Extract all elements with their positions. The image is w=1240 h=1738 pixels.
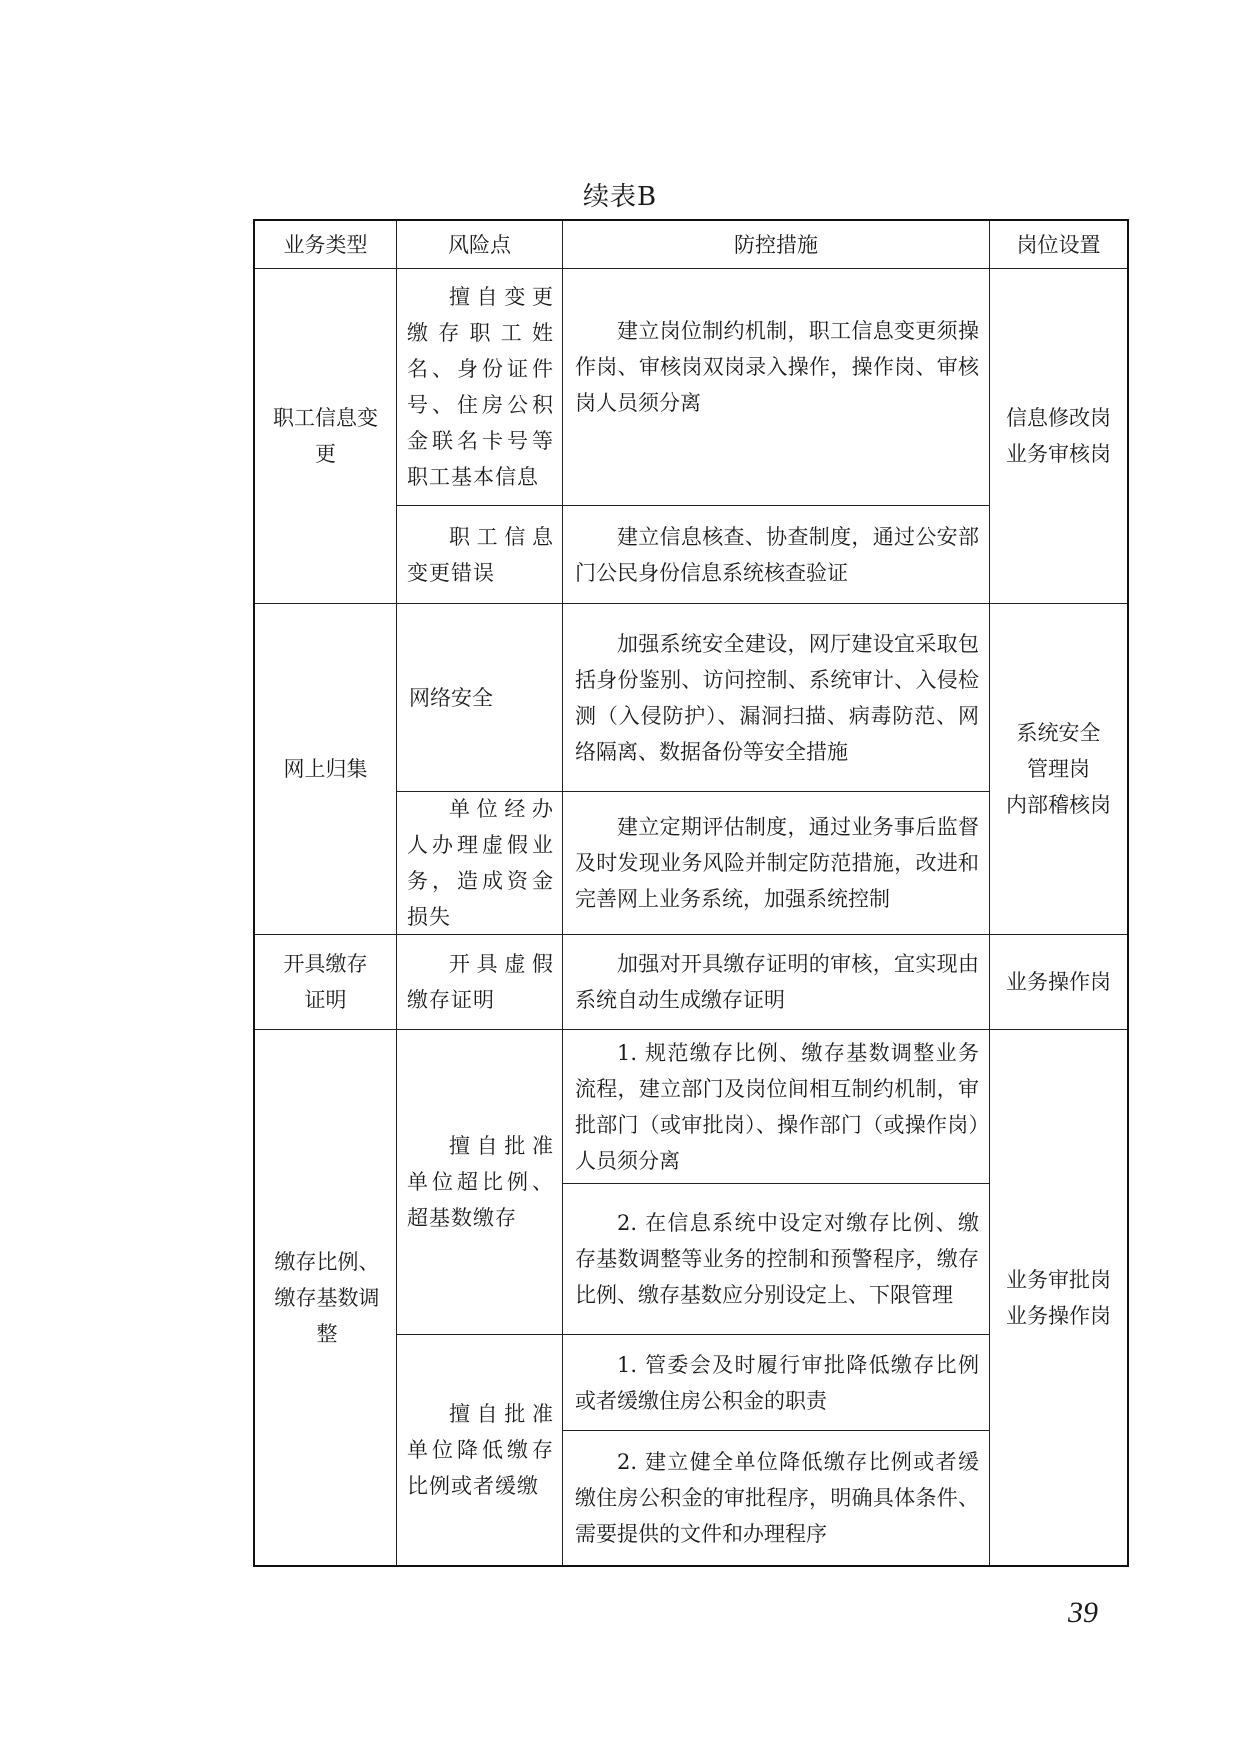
measure-cell: 建立信息核查、协查制度，通过公安部门公民身份信息系统核查验证 [563,506,989,603]
business-type-cell: 职工信息变更 [267,269,384,603]
risk-point-cell: 擅自批准单位超比例、超基数缴存 [397,1030,562,1334]
measure-cell: 2. 建立健全单位降低缴存比例或者缓缴住房公积金的审批程序，明确具体条件、需要提… [563,1431,989,1565]
measure-cell: 1. 规范缴存比例、缴存基数调整业务流程，建立部门及岗位间相互制约机制，审批部门… [563,1030,989,1183]
risk-point-text: 开具虚假缴存证明 [397,946,562,1018]
measure-text: 2. 在信息系统中设定对缴存比例、缴存基数调整等业务的控制和预警程序，缴存比例、… [563,1205,989,1313]
measure-text: 建立定期评估制度，通过业务事后监督及时发现业务风险并制定防范措施，改进和完善网上… [563,809,989,917]
measure-text: 加强系统安全建设，网厅建设宜采取包括身份鉴别、访问控制、系统审计、入侵检测（入侵… [563,626,989,770]
risk-point-cell: 网络安全 [397,604,562,791]
header-risk-point: 风险点 [397,221,562,268]
post-setting-cell: 信息修改岗 业务审核岗 [990,269,1127,603]
measure-cell: 加强系统安全建设，网厅建设宜采取包括身份鉴别、访问控制、系统审计、入侵检测（入侵… [563,604,989,791]
measure-text: 2. 建立健全单位降低缴存比例或者缓缴住房公积金的审批程序，明确具体条件、需要提… [563,1444,989,1552]
business-type-cell: 网上归集 [255,604,396,934]
measure-cell: 建立定期评估制度，通过业务事后监督及时发现业务风险并制定防范措施，改进和完善网上… [563,792,989,934]
risk-point-cell: 开具虚假缴存证明 [397,935,562,1029]
risk-point-text: 网络安全 [397,680,493,716]
measure-text: 建立岗位制约机制，职工信息变更须操作岗、审核岗双岗录入操作，操作岗、审核岗人员须… [563,313,989,461]
measure-cell: 1. 管委会及时履行审批降低缴存比例或者缓缴住房公积金的职责 [563,1335,989,1430]
post-setting-cell: 系统安全 管理岗 内部稽核岗 [990,604,1127,934]
post-setting-cell: 业务审批岗 业务操作岗 [990,1030,1127,1565]
risk-point-text: 擅自批准单位降低缴存比例或者缓缴 [397,1396,562,1504]
measure-cell: 2. 在信息系统中设定对缴存比例、缴存基数调整等业务的控制和预警程序，缴存比例、… [563,1184,989,1334]
business-type-cell: 缴存比例、缴存基数调整 [273,1030,381,1565]
risk-point-text: 擅自批准单位超比例、超基数缴存 [397,1128,562,1236]
risk-point-cell: 单位经办人办理虚假业务，造成资金损失 [397,792,562,934]
measure-text: 加强对开具缴存证明的审核，宜实现由系统自动生成缴存证明 [563,946,989,1018]
header-control-measures: 防控措施 [563,221,989,268]
header-business-type: 业务类型 [255,221,396,268]
post-setting-cell: 业务操作岗 [990,935,1127,1029]
business-type-label: 职工信息变更 [267,400,384,472]
risk-point-text: 单位经办人办理虚假业务，造成资金损失 [397,791,562,935]
risk-control-table: 业务类型 风险点 防控措施 岗位设置 职工信息变更 擅自变更缴存职工姓名、身份证… [253,219,1129,1567]
measure-cell: 加强对开具缴存证明的审核，宜实现由系统自动生成缴存证明 [563,935,989,1029]
risk-point-text: 擅自变更缴存职工姓名、身份证件号、住房公积金联名卡号等职工基本信息 [397,279,562,495]
measure-text: 1. 管委会及时履行审批降低缴存比例或者缓缴住房公积金的职责 [563,1347,989,1419]
page-number: 39 [1068,1596,1098,1630]
risk-point-cell: 擅自变更缴存职工姓名、身份证件号、住房公积金联名卡号等职工基本信息 [397,269,562,505]
table-caption: 续表B [0,176,1240,213]
risk-point-cell: 职工信息变更错误 [397,506,562,603]
header-post-setting: 岗位设置 [990,221,1127,268]
risk-point-cell: 擅自批准单位降低缴存比例或者缓缴 [397,1335,562,1565]
measure-cell: 建立岗位制约机制，职工信息变更须操作岗、审核岗双岗录入操作，操作岗、审核岗人员须… [563,269,989,505]
business-type-cell: 开具缴存证明 [279,935,372,1029]
risk-point-text: 职工信息变更错误 [397,519,562,591]
measure-text: 建立信息核查、协查制度，通过公安部门公民身份信息系统核查验证 [563,519,989,591]
measure-text: 1. 规范缴存比例、缴存基数调整业务流程，建立部门及岗位间相互制约机制，审批部门… [563,1035,989,1179]
